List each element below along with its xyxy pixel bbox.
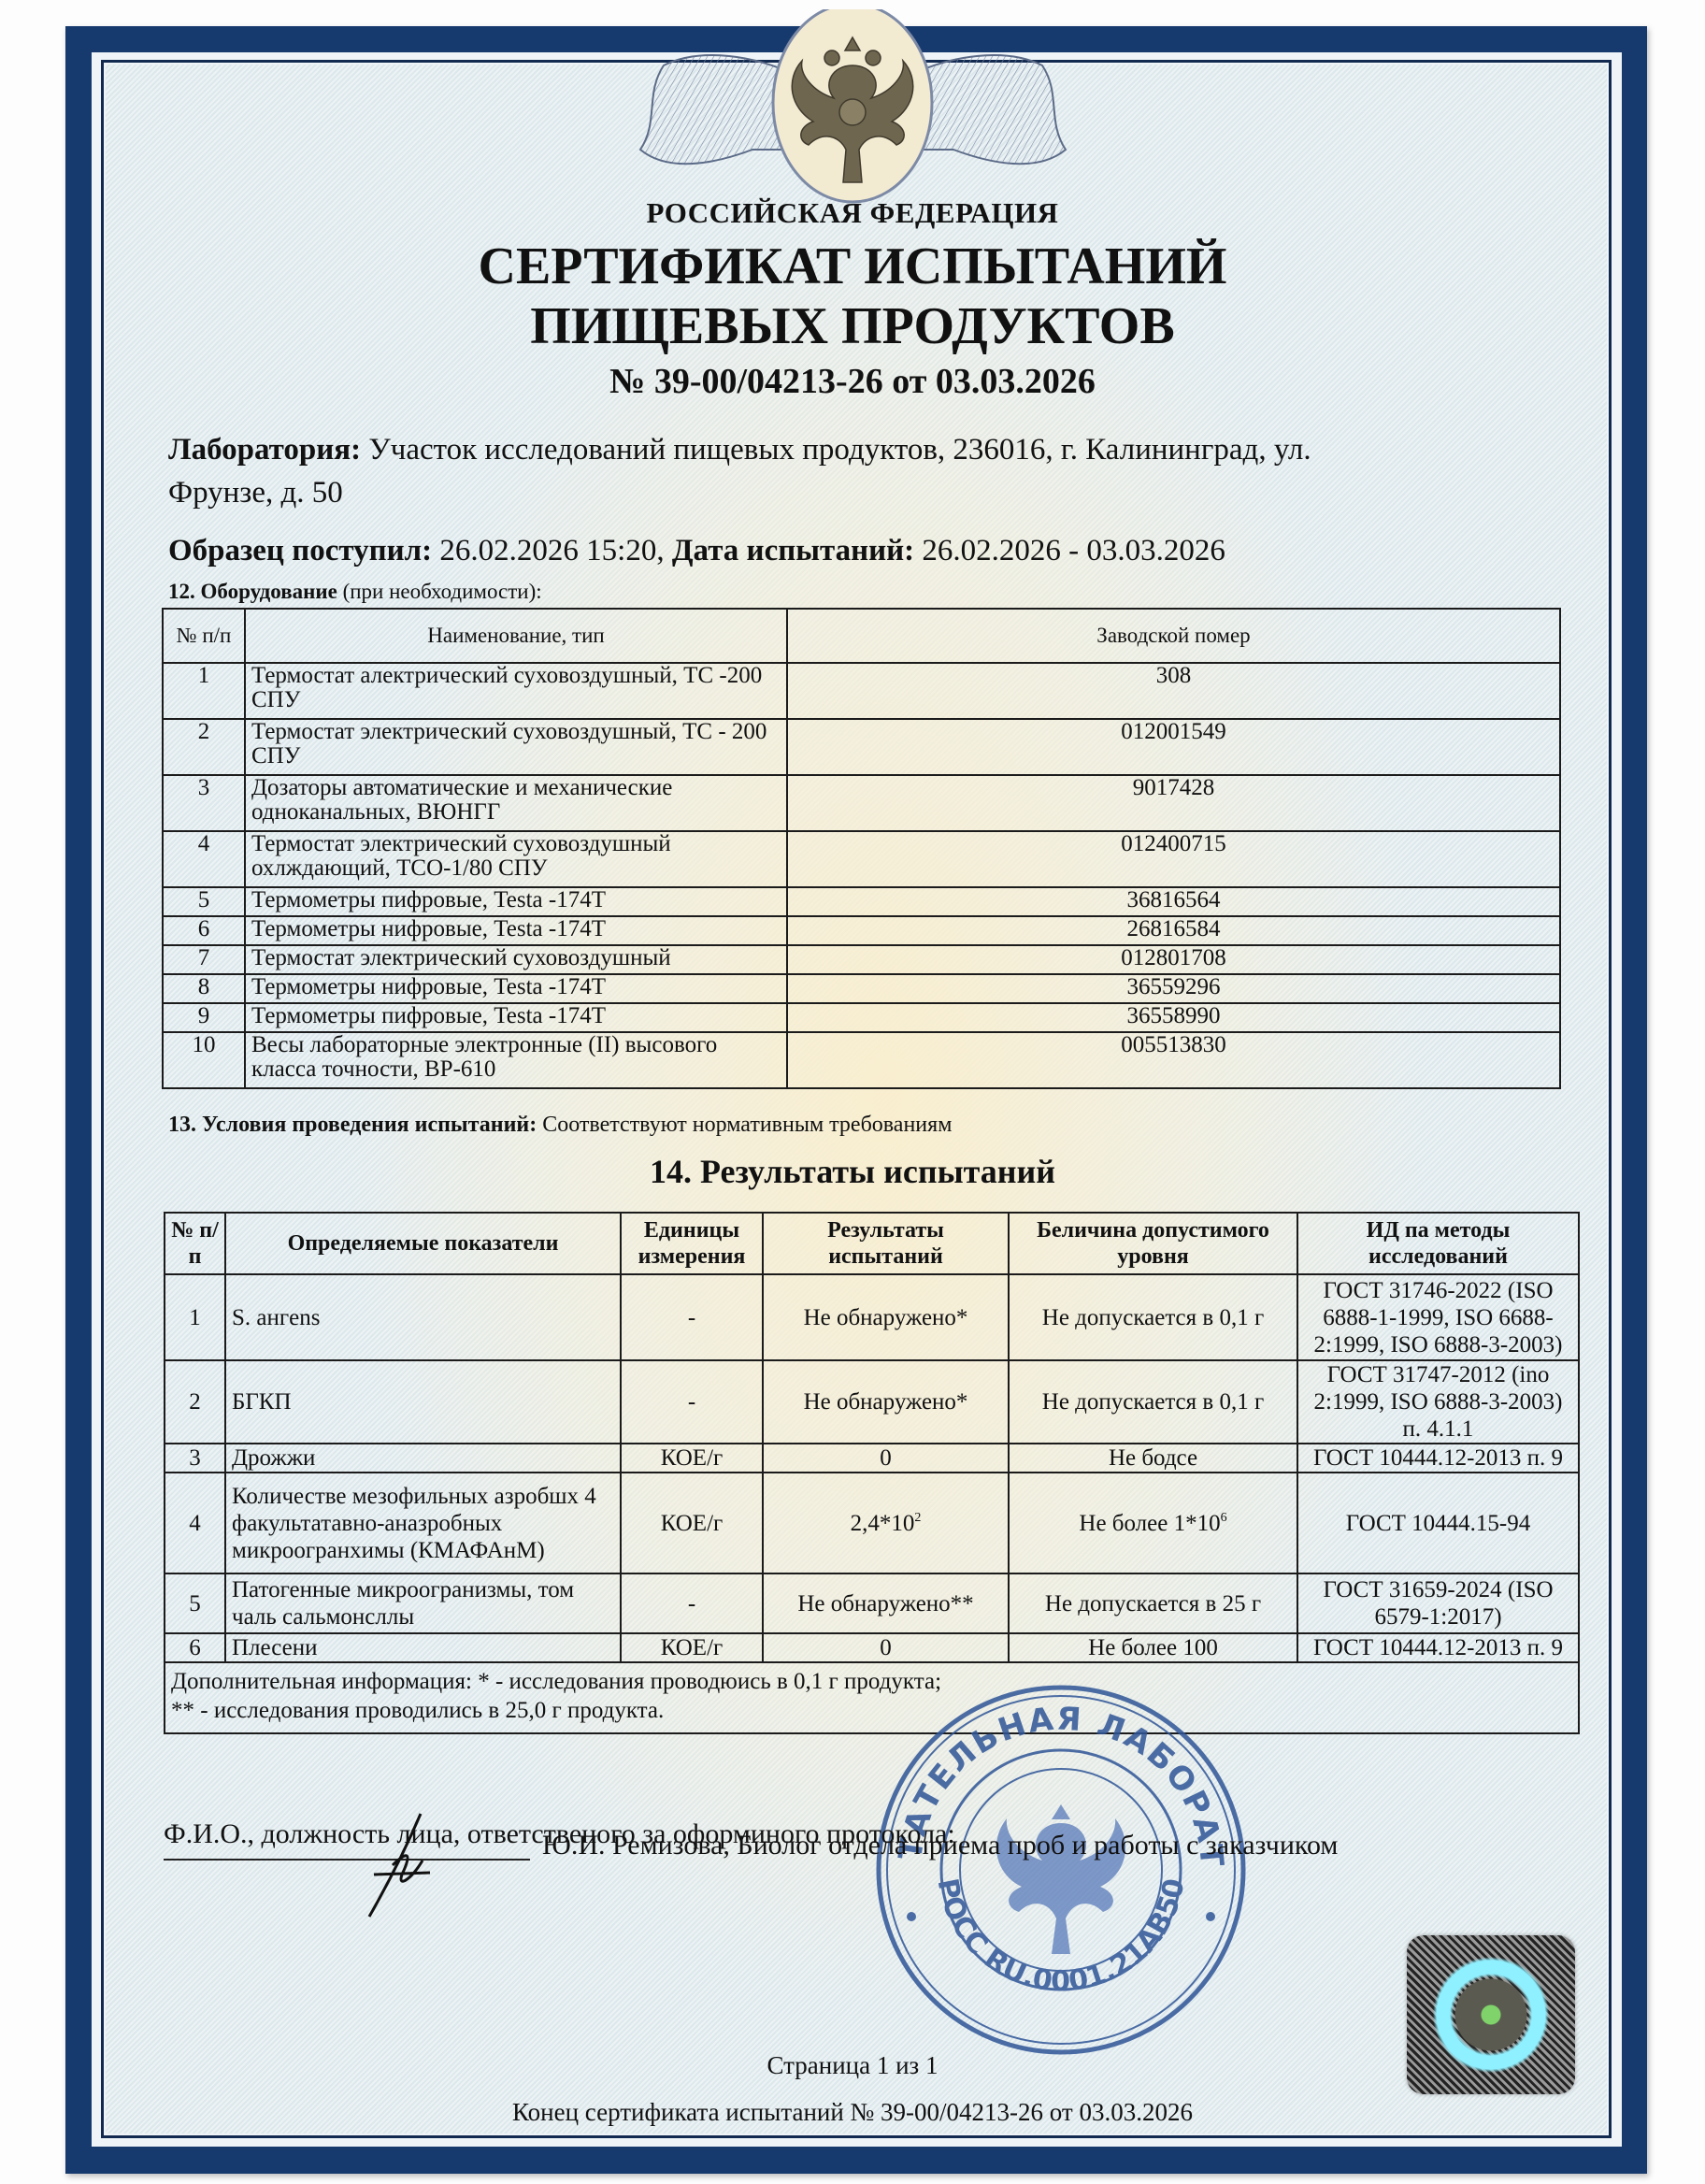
- equipment-row: 3Дозаторы автоматические и механические …: [163, 775, 1560, 831]
- result-value: 0: [763, 1633, 1009, 1662]
- equipment-number: 5: [163, 887, 245, 916]
- result-unit: -: [621, 1360, 763, 1444]
- result-unit: -: [621, 1274, 763, 1360]
- equipment-serial: 26816584: [787, 916, 1560, 945]
- equipment-name: Термостат электрический суховоздушный ох…: [245, 831, 787, 887]
- result-allowed-level: Не допускается в 0,1 г: [1009, 1274, 1297, 1360]
- col-name-type: Наименование, тип: [245, 609, 787, 663]
- col-number: № п/п: [163, 609, 245, 663]
- results-table-header: № п/п Определяемые показатели Единицы из…: [165, 1213, 1579, 1274]
- result-method: ГОСТ 10444.12-2013 п. 9: [1297, 1444, 1579, 1473]
- equipment-row: 1Термостат алектрический суховоздушный, …: [163, 663, 1560, 719]
- equipment-number: 4: [163, 831, 245, 887]
- results-row: 2БГКП-Не обнаружено*Не допускается в 0,1…: [165, 1360, 1579, 1444]
- result-allowed-level: Не допускается в 25 г: [1009, 1573, 1297, 1633]
- result-indicator: S. ангens: [225, 1274, 621, 1360]
- test-conditions: 13. Условия проведения испытаний: Соотве…: [168, 1113, 952, 1138]
- result-number: 1: [165, 1274, 225, 1360]
- equipment-serial: 012400715: [787, 831, 1560, 887]
- equipment-serial: 012001549: [787, 719, 1560, 775]
- results-row: 4Количестве мезофильных азробшх 4 факуль…: [165, 1473, 1579, 1573]
- result-value: Не обнаружено*: [763, 1274, 1009, 1360]
- equipment-number: 1: [163, 663, 245, 719]
- equipment-number: 6: [163, 916, 245, 945]
- col-result: Результаты испытаний: [763, 1213, 1009, 1274]
- result-indicator: Дрожжи: [225, 1444, 621, 1473]
- results-row: 6ПлесениКОЕ/г0Не более 100ГОСТ 10444.12-…: [165, 1633, 1579, 1662]
- result-number: 6: [165, 1633, 225, 1662]
- test-dates-label: Дата испытаний:: [672, 534, 914, 568]
- result-method: ГОСТ 10444.15-94: [1297, 1473, 1579, 1573]
- test-dates-value: 26.02.2026 - 03.03.2026: [914, 534, 1225, 568]
- laboratory-address-line2: Фрунзе, д. 50: [168, 476, 343, 510]
- equipment-row: 10Весы лабораторные электронные (II) выс…: [163, 1032, 1560, 1088]
- document-title-line1: СЕРТИФИКАТ ИСПЫТАНИЙ: [0, 237, 1705, 295]
- laboratory-value: Участок исследований пищевых продуктов, …: [361, 433, 1311, 467]
- test-conditions-value: Соответствуют нормативным требованиям: [537, 1113, 952, 1137]
- result-method: ГОСТ 31746-2022 (ISO 6888-1-1999, ISO 66…: [1297, 1274, 1579, 1360]
- results-section-title: 14. Результаты испытаний: [0, 1152, 1705, 1191]
- results-row: 1S. ангens-Не обнаружено*Не допускается …: [165, 1274, 1579, 1360]
- result-number: 3: [165, 1444, 225, 1473]
- equipment-row: 2Термостат электрический суховоздушный, …: [163, 719, 1560, 775]
- equipment-serial: 012801708: [787, 945, 1560, 974]
- col-indicator: Определяемые показатели: [225, 1213, 621, 1274]
- results-table: № п/п Определяемые показатели Единицы из…: [164, 1212, 1580, 1734]
- equipment-number: 8: [163, 974, 245, 1003]
- result-allowed-level: Не более 100: [1009, 1633, 1297, 1662]
- result-number: 5: [165, 1573, 225, 1633]
- equipment-name: Термостат электрический суховоздушный: [245, 945, 787, 974]
- certificate-number: № 39-00/04213-26 от 03.03.2026: [0, 361, 1705, 402]
- result-unit: КОЕ/г: [621, 1633, 763, 1662]
- result-number: 4: [165, 1473, 225, 1573]
- result-method: ГОСТ 31747-2012 (ino 2:1999, ISO 6888-3-…: [1297, 1360, 1579, 1444]
- equipment-row: 7Термостат электрический суховоздушный01…: [163, 945, 1560, 974]
- equipment-serial: 36816564: [787, 887, 1560, 916]
- results-row: 5Патогенные микроогранизмы, том чаль сал…: [165, 1573, 1579, 1633]
- equipment-section-heading: 12. Оборудование (при необходимости):: [168, 580, 542, 604]
- sample-received-label: Образец поступил:: [168, 534, 432, 568]
- laboratory-info: Лаборатория: Участок исследований пищевы…: [168, 428, 1570, 514]
- handwritten-signature: [355, 1809, 439, 1926]
- result-value: 2,4*102: [763, 1473, 1009, 1573]
- result-indicator: БГКП: [225, 1360, 621, 1444]
- result-number: 2: [165, 1360, 225, 1444]
- equipment-serial: 005513830: [787, 1032, 1560, 1088]
- equipment-number: 7: [163, 945, 245, 974]
- result-method: ГОСТ 31659-2024 (ISO 6579-1:2017): [1297, 1573, 1579, 1633]
- equipment-number: 2: [163, 719, 245, 775]
- result-unit: КОЕ/г: [621, 1473, 763, 1573]
- equipment-number: 10: [163, 1032, 245, 1088]
- laboratory-stamp: ИСПЫТАТЕЛЬНАЯ ЛАБОРАТОРИЯ РОСС RU.0001.2…: [865, 1674, 1257, 2066]
- equipment-row: 4Термостат электрический суховоздушный о…: [163, 831, 1560, 887]
- result-indicator: Количестве мезофильных азробшх 4 факульт…: [225, 1473, 621, 1573]
- stamp-seal-icon: ИСПЫТАТЕЛЬНАЯ ЛАБОРАТОРИЯ РОСС RU.0001.2…: [865, 1674, 1257, 2066]
- equipment-name: Термометры нифровые, Testa -174T: [245, 974, 787, 1003]
- signer-name-position: Ю.И. Ремизова, Биолог отдела приема проб…: [542, 1830, 1338, 1861]
- equipment-section-note: (при необходимости):: [337, 580, 542, 603]
- result-unit: -: [621, 1573, 763, 1633]
- result-indicator: Плесени: [225, 1633, 621, 1662]
- sample-info: Образец поступил: 26.02.2026 15:20, Дата…: [168, 529, 1570, 572]
- sample-received-value: 26.02.2026 15:20,: [432, 534, 672, 568]
- col-allowed-level: Беличина допустимого уровня: [1009, 1213, 1297, 1274]
- equipment-name: Термостат алектрический суховоздушный, Т…: [245, 663, 787, 719]
- equipment-row: 6Термометры нифровые, Testa -174T2681658…: [163, 916, 1560, 945]
- result-method: ГОСТ 10444.12-2013 п. 9: [1297, 1633, 1579, 1662]
- equipment-serial: 308: [787, 663, 1560, 719]
- signature-icon: [355, 1809, 439, 1921]
- equipment-name: Термометры пифровые, Testa -174T: [245, 887, 787, 916]
- country-heading: РОССИЙСКАЯ ФЕДЕРАЦИЯ: [0, 196, 1705, 230]
- equipment-row: 8Термометры нифровые, Testa -174T3655929…: [163, 974, 1560, 1003]
- page-indicator: Страница 1 из 1: [0, 2051, 1705, 2080]
- certificate-end-line: Конец сертификата испытаний № 39-00/0421…: [0, 2098, 1705, 2127]
- equipment-number: 3: [163, 775, 245, 831]
- equipment-name: Дозаторы автоматические и механические о…: [245, 775, 787, 831]
- result-unit: КОЕ/г: [621, 1444, 763, 1473]
- equipment-serial: 36559296: [787, 974, 1560, 1003]
- equipment-row: 9Термометры пифровые, Testa -174T3655899…: [163, 1003, 1560, 1032]
- col-method: ИД па методы исследований: [1297, 1213, 1579, 1274]
- result-value: Не обнаружено*: [763, 1360, 1009, 1444]
- col-unit: Единицы измерения: [621, 1213, 763, 1274]
- col-number: № п/п: [165, 1213, 225, 1274]
- result-value: 0: [763, 1444, 1009, 1473]
- equipment-table-header: № п/п Наименование, тип Заводской помер: [163, 609, 1560, 663]
- result-allowed-level: Не бодсе: [1009, 1444, 1297, 1473]
- document-title-line2: ПИЩЕВЫХ ПРОДУКТОВ: [0, 297, 1705, 355]
- result-indicator: Патогенные микроогранизмы, том чаль саль…: [225, 1573, 621, 1633]
- result-value: Не обнаружено**: [763, 1573, 1009, 1633]
- result-allowed-level: Не более 1*106: [1009, 1473, 1297, 1573]
- test-conditions-label: 13. Условия проведения испытаний:: [168, 1113, 537, 1137]
- col-serial-number: Заводской помер: [787, 609, 1560, 663]
- double-headed-eagle-icon: [598, 9, 1108, 206]
- equipment-section-label: 12. Оборудование: [168, 580, 337, 603]
- equipment-serial: 36558990: [787, 1003, 1560, 1032]
- results-row: 3ДрожжиКОЕ/г0Не бодсеГОСТ 10444.12-2013 …: [165, 1444, 1579, 1473]
- equipment-row: 5Термометры пифровые, Testa -174T3681656…: [163, 887, 1560, 916]
- signature-line: [164, 1859, 530, 1861]
- equipment-number: 9: [163, 1003, 245, 1032]
- equipment-name: Термометры нифровые, Testa -174T: [245, 916, 787, 945]
- equipment-table: № п/п Наименование, тип Заводской помер …: [162, 608, 1561, 1089]
- equipment-name: Весы лабораторные электронные (II) высов…: [245, 1032, 787, 1088]
- equipment-name: Термометры пифровые, Testa -174T: [245, 1003, 787, 1032]
- equipment-name: Термостат электрический суховоздушный, Т…: [245, 719, 787, 775]
- result-allowed-level: Не допускается в 0,1 г: [1009, 1360, 1297, 1444]
- laboratory-label: Лаборатория:: [168, 433, 361, 467]
- coat-of-arms-emblem: [598, 9, 1108, 206]
- equipment-serial: 9017428: [787, 775, 1560, 831]
